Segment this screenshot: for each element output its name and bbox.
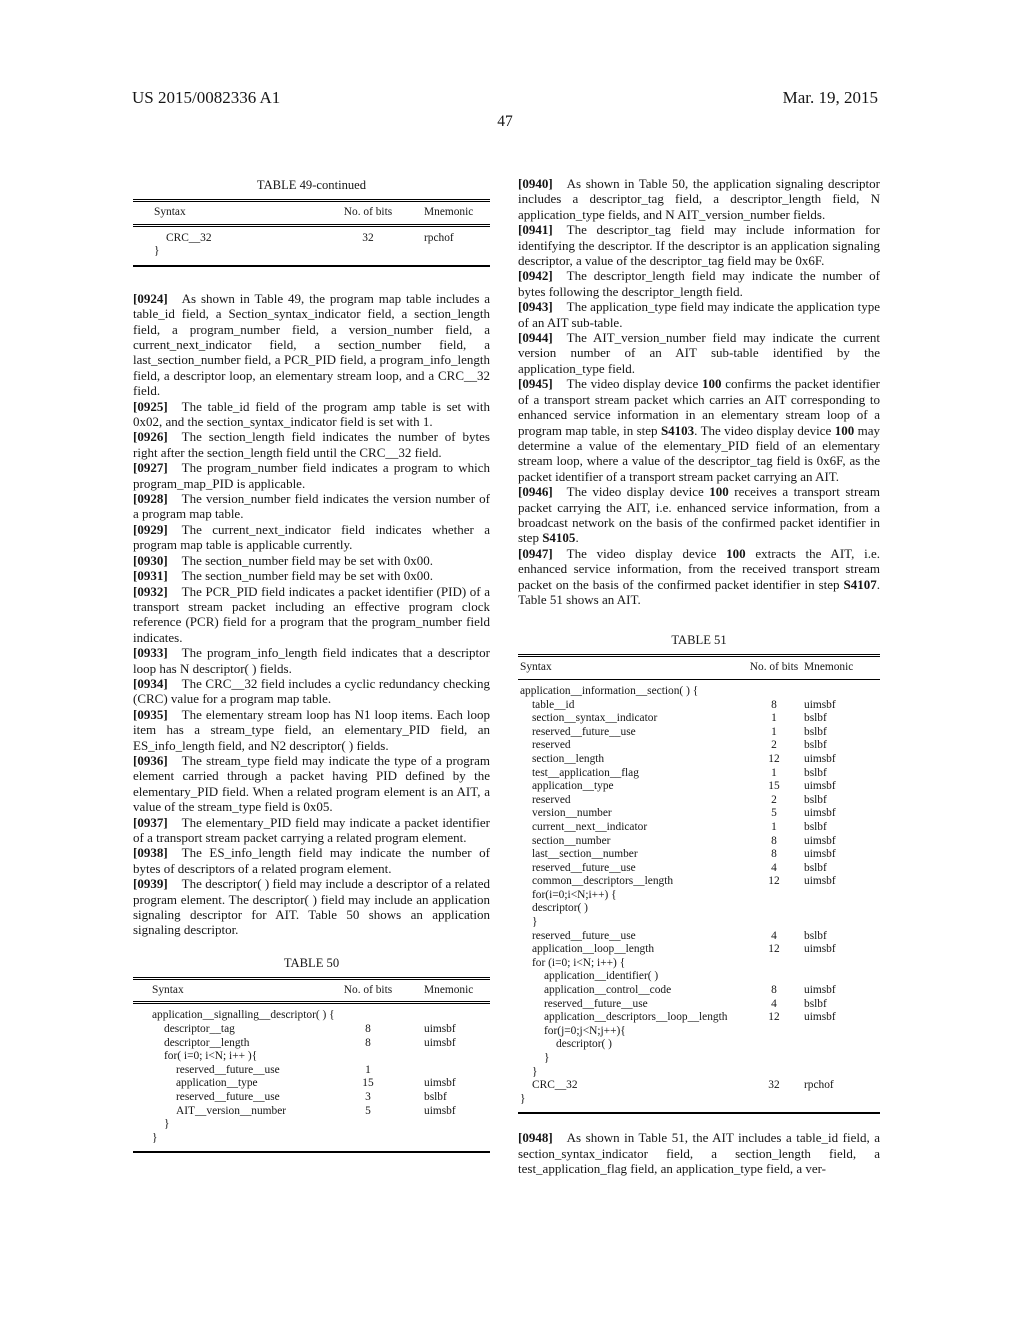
- mnemonic-cell: uimsbf: [804, 699, 880, 713]
- paragraph-text: The section_number field may be set with…: [182, 568, 433, 583]
- paragraph-text: The elementary stream loop has N1 loop i…: [133, 707, 490, 753]
- mnemonic-cell: uimsbf: [804, 943, 880, 957]
- paragraph-text: As shown in Table 50, the application si…: [518, 176, 880, 222]
- syntax-cell: reserved__future__use: [133, 1064, 338, 1078]
- paragraph-text: The descriptor_length field may indicate…: [518, 268, 880, 298]
- mnemonic-cell: bslbf: [804, 767, 880, 781]
- paragraph-0927: [0927]The program_number field indicates…: [133, 460, 490, 491]
- bits-cell: 5: [744, 807, 804, 821]
- bold-reference: S4103: [661, 423, 694, 438]
- mnemonic-cell: [804, 679, 880, 698]
- mnemonic-cell: [398, 1003, 490, 1023]
- paragraph-text: The descriptor( ) field may include a de…: [133, 876, 490, 937]
- paragraph-number: [0939]: [133, 876, 168, 891]
- bits-cell: [744, 889, 804, 903]
- paragraph-0932: [0932]The PCR_PID field indicates a pack…: [133, 584, 490, 646]
- column-header-mnemonic: Mnemonic: [398, 201, 490, 226]
- bits-cell: [744, 916, 804, 930]
- syntax-cell: reserved__future__use: [518, 998, 744, 1012]
- paragraph-text: The program_number field indicates a pro…: [133, 460, 490, 490]
- mnemonic-cell: [804, 889, 880, 903]
- paragraph-0928: [0928]The version_number field indicates…: [133, 491, 490, 522]
- bits-cell: 8: [744, 984, 804, 998]
- syntax-cell: }: [518, 1052, 744, 1066]
- paragraph-number: [0946]: [518, 484, 553, 499]
- bits-cell: 8: [338, 1023, 398, 1037]
- paragraph-number: [0943]: [518, 299, 553, 314]
- bold-reference: S4107: [844, 577, 877, 592]
- syntax-cell: descriptor__length: [133, 1037, 338, 1051]
- paragraph-0926: [0926]The section_length field indicates…: [133, 429, 490, 460]
- paragraph-number: [0938]: [133, 845, 168, 860]
- table-row: CRC__3232rpchof: [133, 225, 490, 245]
- paragraph-text: The section_length field indicates the n…: [133, 429, 490, 459]
- paragraph-number: [0942]: [518, 268, 553, 283]
- table-row: }: [518, 1093, 880, 1114]
- paragraph-0935: [0935]The elementary stream loop has N1 …: [133, 707, 490, 753]
- page-number: 47: [132, 112, 878, 132]
- mnemonic-cell: [804, 1038, 880, 1052]
- bits-cell: 15: [338, 1077, 398, 1091]
- table-row: application__identifier( ): [518, 970, 880, 984]
- paragraph-text: The CRC__32 field includes a cyclic redu…: [133, 676, 490, 706]
- bits-cell: [338, 1118, 398, 1132]
- paragraph-number: [0941]: [518, 222, 553, 237]
- paragraph-0933: [0933]The program_info_length field indi…: [133, 645, 490, 676]
- bits-cell: [338, 245, 398, 266]
- table-row: reserved__future__use4bslbf: [518, 998, 880, 1012]
- table-row: reserved__future__use1bslbf: [518, 726, 880, 740]
- page-header: US 2015/0082336 A1 Mar. 19, 2015: [132, 88, 878, 108]
- paragraph-number: [0924]: [133, 291, 168, 306]
- syntax-cell: }: [518, 1093, 744, 1114]
- syntax-cell: for(j=0;j<N;j++){: [518, 1025, 744, 1039]
- mnemonic-cell: [804, 916, 880, 930]
- paragraph-text: .: [575, 530, 578, 545]
- syntax-cell: reserved: [518, 739, 744, 753]
- table-header-row: SyntaxNo. of bitsMnemonic: [133, 978, 490, 1003]
- table-row: reserved2bslbf: [518, 794, 880, 808]
- paragraph-0946: [0946]The video display device 100 recei…: [518, 484, 880, 546]
- table-row: application__signalling__descriptor( ) {: [133, 1003, 490, 1023]
- syntax-cell: section__number: [518, 835, 744, 849]
- table-row: for(j=0;j<N;j++){: [518, 1025, 880, 1039]
- paragraph-0937: [0937]The elementary_PID field may indic…: [133, 815, 490, 846]
- bits-cell: 2: [744, 794, 804, 808]
- bits-cell: [338, 1132, 398, 1153]
- paragraph-number: [0944]: [518, 330, 553, 345]
- mnemonic-cell: bslbf: [804, 794, 880, 808]
- syntax-cell: descriptor( ): [518, 902, 744, 916]
- left-column-paragraphs: [0924]As shown in Table 49, the program …: [133, 291, 490, 938]
- paragraph-number: [0937]: [133, 815, 168, 830]
- paragraph-text: The stream_type field may indicate the t…: [133, 753, 490, 814]
- paragraph-number: [0926]: [133, 429, 168, 444]
- mnemonic-cell: uimsbf: [804, 1011, 880, 1025]
- syntax-cell: reserved__future__use: [518, 862, 744, 876]
- mnemonic-cell: rpchof: [398, 225, 490, 245]
- table-row: }: [518, 1066, 880, 1080]
- paragraph-text: The current_next_indicator field indicat…: [133, 522, 490, 552]
- syntax-cell: reserved: [518, 794, 744, 808]
- paragraph-0934: [0934]The CRC__32 field includes a cycli…: [133, 676, 490, 707]
- paragraph-number: [0934]: [133, 676, 168, 691]
- paragraph-0947: [0947]The video display device 100 extra…: [518, 546, 880, 608]
- mnemonic-cell: [398, 1050, 490, 1064]
- syntax-cell: reserved__future__use: [518, 930, 744, 944]
- mnemonic-cell: bslbf: [398, 1091, 490, 1105]
- table-title: TABLE 49-continued: [133, 178, 490, 193]
- bold-reference: 100: [835, 423, 855, 438]
- table-row: reserved__future__use4bslbf: [518, 862, 880, 876]
- paragraph-0943: [0943]The application_type field may ind…: [518, 299, 880, 330]
- syntax-cell: application__loop__length: [518, 943, 744, 957]
- mnemonic-cell: uimsbf: [398, 1023, 490, 1037]
- syntax-cell: for (i=0; i<N; i++) {: [518, 957, 744, 971]
- mnemonic-cell: [804, 1093, 880, 1114]
- paragraph-0945: [0945]The video display device 100 confi…: [518, 376, 880, 484]
- bits-cell: 8: [744, 848, 804, 862]
- bits-cell: 12: [744, 875, 804, 889]
- paragraph-text: The ES_info_length field may indicate th…: [133, 845, 490, 875]
- syntax-cell: }: [518, 1066, 744, 1080]
- mnemonic-cell: uimsbf: [398, 1077, 490, 1091]
- table-row: section__number8uimsbf: [518, 835, 880, 849]
- mnemonic-cell: bslbf: [804, 930, 880, 944]
- syntax-cell: }: [133, 1132, 338, 1153]
- bits-cell: [744, 679, 804, 698]
- syntax-cell: }: [518, 916, 744, 930]
- paragraph-0930: [0930]The section_number field may be se…: [133, 553, 490, 568]
- paragraph-text: The section_number field may be set with…: [182, 553, 433, 568]
- table-row: CRC__3232rpchof: [518, 1079, 880, 1093]
- table-row: }: [133, 1132, 490, 1153]
- paragraph-number: [0925]: [133, 399, 168, 414]
- paragraph-0944: [0944]The AIT_version_number field may i…: [518, 330, 880, 376]
- table-row: descriptor__tag8uimsbf: [133, 1023, 490, 1037]
- bits-cell: 1: [744, 821, 804, 835]
- table-row: for (i=0; i<N; i++) {: [518, 957, 880, 971]
- mnemonic-cell: [804, 970, 880, 984]
- table-row: version__number5uimsbf: [518, 807, 880, 821]
- paragraph-text: The version_number field indicates the v…: [133, 491, 490, 521]
- column-header-no-of-bits: No. of bits: [744, 656, 804, 680]
- mnemonic-cell: [398, 1132, 490, 1153]
- publication-date: Mar. 19, 2015: [783, 88, 878, 108]
- patent-table: SyntaxNo. of bitsMnemonicapplication__si…: [133, 977, 490, 1154]
- bits-cell: 8: [744, 835, 804, 849]
- table-header-row: SyntaxNo. of bitsMnemonic: [518, 656, 880, 680]
- column-header-mnemonic: Mnemonic: [804, 656, 880, 680]
- bits-cell: [744, 902, 804, 916]
- table-row: }: [518, 1052, 880, 1066]
- mnemonic-cell: bslbf: [804, 726, 880, 740]
- column-header-syntax: Syntax: [133, 978, 338, 1003]
- table-row: last__section__number8uimsbf: [518, 848, 880, 862]
- bold-reference: 100: [702, 376, 722, 391]
- syntax-cell: table__id: [518, 699, 744, 713]
- paragraph-0939: [0939]The descriptor( ) field may includ…: [133, 876, 490, 938]
- syntax-cell: test__application__flag: [518, 767, 744, 781]
- bold-reference: S4105: [542, 530, 575, 545]
- mnemonic-cell: uimsbf: [398, 1105, 490, 1119]
- table-row: section__syntax__indicator1bslbf: [518, 712, 880, 726]
- column-header-syntax: Syntax: [133, 201, 338, 226]
- patent-table: SyntaxNo. of bitsMnemonicapplication__in…: [518, 654, 880, 1114]
- mnemonic-cell: bslbf: [804, 821, 880, 835]
- table-row: current__next__indicator1bslbf: [518, 821, 880, 835]
- bits-cell: [744, 970, 804, 984]
- table-row: }: [518, 916, 880, 930]
- bits-cell: [744, 1025, 804, 1039]
- bits-cell: 4: [744, 862, 804, 876]
- right-column-paragraphs-after-table: [0948]As shown in Table 51, the AIT incl…: [518, 1130, 880, 1176]
- syntax-cell: last__section__number: [518, 848, 744, 862]
- table-49-continued-section: TABLE 49-continuedSyntaxNo. of bitsMnemo…: [133, 178, 490, 267]
- bold-reference: 100: [726, 546, 746, 561]
- paragraph-number: [0940]: [518, 176, 553, 191]
- paragraph-text: . The video display device: [694, 423, 835, 438]
- table-row: application__type15uimsbf: [518, 780, 880, 794]
- syntax-cell: application__descriptors__loop__length: [518, 1011, 744, 1025]
- paragraph-0940: [0940]As shown in Table 50, the applicat…: [518, 176, 880, 222]
- bits-cell: 12: [744, 1011, 804, 1025]
- paragraph-number: [0927]: [133, 460, 168, 475]
- bits-cell: 1: [338, 1064, 398, 1078]
- table-row: descriptor__length8uimsbf: [133, 1037, 490, 1051]
- syntax-cell: }: [133, 245, 338, 266]
- column-header-no-of-bits: No. of bits: [338, 978, 398, 1003]
- table-row: reserved__future__use4bslbf: [518, 930, 880, 944]
- mnemonic-cell: [804, 902, 880, 916]
- mnemonic-cell: [804, 1066, 880, 1080]
- table-row: for( i=0; i<N; i++ ){: [133, 1050, 490, 1064]
- right-column: [0940]As shown in Table 50, the applicat…: [518, 176, 880, 1177]
- syntax-cell: application__type: [133, 1077, 338, 1091]
- mnemonic-cell: uimsbf: [804, 984, 880, 998]
- paragraph-0941: [0941]The descriptor_tag field may inclu…: [518, 222, 880, 268]
- syntax-cell: application__identifier( ): [518, 970, 744, 984]
- table-51-section: TABLE 51SyntaxNo. of bitsMnemonicapplica…: [518, 633, 880, 1114]
- column-header-syntax: Syntax: [518, 656, 744, 680]
- table-row: reserved__future__use3bslbf: [133, 1091, 490, 1105]
- paragraph-0942: [0942]The descriptor_length field may in…: [518, 268, 880, 299]
- mnemonic-cell: uimsbf: [804, 848, 880, 862]
- syntax-cell: for(i=0;i<N;i++) {: [518, 889, 744, 903]
- mnemonic-cell: bslbf: [804, 862, 880, 876]
- paragraph-number: [0928]: [133, 491, 168, 506]
- mnemonic-cell: bslbf: [804, 739, 880, 753]
- syntax-cell: for( i=0; i<N; i++ ){: [133, 1050, 338, 1064]
- paragraph-text: The video display device: [567, 376, 702, 391]
- column-header-no-of-bits: No. of bits: [338, 201, 398, 226]
- paragraph-0925: [0925]The table_id field of the program …: [133, 399, 490, 430]
- paragraph-0948: [0948]As shown in Table 51, the AIT incl…: [518, 1130, 880, 1176]
- mnemonic-cell: [398, 1064, 490, 1078]
- paragraph-0924: [0924]As shown in Table 49, the program …: [133, 291, 490, 399]
- table-row: application__control__code8uimsbf: [518, 984, 880, 998]
- mnemonic-cell: [398, 245, 490, 266]
- bits-cell: 4: [744, 930, 804, 944]
- syntax-cell: CRC__32: [518, 1079, 744, 1093]
- bits-cell: 3: [338, 1091, 398, 1105]
- paragraph-number: [0948]: [518, 1130, 553, 1145]
- bits-cell: 12: [744, 753, 804, 767]
- table-block: TABLE 50SyntaxNo. of bitsMnemonicapplica…: [133, 956, 490, 1154]
- table-row: }: [133, 1118, 490, 1132]
- syntax-cell: application__control__code: [518, 984, 744, 998]
- paragraph-number: [0945]: [518, 376, 553, 391]
- patent-page: US 2015/0082336 A1 Mar. 19, 2015 47 TABL…: [0, 0, 1024, 1320]
- table-header-row: SyntaxNo. of bitsMnemonic: [133, 201, 490, 226]
- paragraph-number: [0929]: [133, 522, 168, 537]
- syntax-cell: application__information__section( ) {: [518, 679, 744, 698]
- mnemonic-cell: [804, 957, 880, 971]
- paragraph-text: The table_id field of the program amp ta…: [133, 399, 490, 429]
- bits-cell: 1: [744, 726, 804, 740]
- bits-cell: 1: [744, 767, 804, 781]
- syntax-cell: current__next__indicator: [518, 821, 744, 835]
- bits-cell: [338, 1003, 398, 1023]
- paragraph-number: [0930]: [133, 553, 168, 568]
- bits-cell: [338, 1050, 398, 1064]
- bits-cell: 32: [744, 1079, 804, 1093]
- table-row: section__length12uimsbf: [518, 753, 880, 767]
- paragraph-text: The program_info_length field indicates …: [133, 645, 490, 675]
- table-row: common__descriptors__length12uimsbf: [518, 875, 880, 889]
- bits-cell: 4: [744, 998, 804, 1012]
- publication-number: US 2015/0082336 A1: [132, 88, 280, 108]
- syntax-cell: section__syntax__indicator: [518, 712, 744, 726]
- mnemonic-cell: [804, 1052, 880, 1066]
- bits-cell: [744, 1093, 804, 1114]
- paragraph-0936: [0936]The stream_type field may indicate…: [133, 753, 490, 815]
- paragraph-text: The AIT_version_number field may indicat…: [518, 330, 880, 376]
- left-column: TABLE 49-continuedSyntaxNo. of bitsMnemo…: [133, 178, 490, 1153]
- syntax-cell: reserved__future__use: [518, 726, 744, 740]
- table-row: AIT__version__number5uimsbf: [133, 1105, 490, 1119]
- paragraph-text: As shown in Table 51, the AIT includes a…: [518, 1130, 880, 1176]
- bits-cell: 1: [744, 712, 804, 726]
- table-block: TABLE 49-continuedSyntaxNo. of bitsMnemo…: [133, 178, 490, 267]
- paragraph-text: The PCR_PID field indicates a packet ide…: [133, 584, 490, 645]
- syntax-cell: reserved__future__use: [133, 1091, 338, 1105]
- bits-cell: [744, 1038, 804, 1052]
- table-row: table__id8uimsbf: [518, 699, 880, 713]
- table-row: application__information__section( ) {: [518, 679, 880, 698]
- mnemonic-cell: [398, 1118, 490, 1132]
- bits-cell: [744, 1066, 804, 1080]
- bits-cell: 8: [744, 699, 804, 713]
- syntax-cell: CRC__32: [133, 225, 338, 245]
- syntax-cell: }: [133, 1118, 338, 1132]
- paragraph-number: [0931]: [133, 568, 168, 583]
- bits-cell: 32: [338, 225, 398, 245]
- bits-cell: 12: [744, 943, 804, 957]
- table-block: TABLE 51SyntaxNo. of bitsMnemonicapplica…: [518, 633, 880, 1114]
- syntax-cell: descriptor__tag: [133, 1023, 338, 1037]
- syntax-cell: application__type: [518, 780, 744, 794]
- syntax-cell: AIT__version__number: [133, 1105, 338, 1119]
- syntax-cell: descriptor( ): [518, 1038, 744, 1052]
- table-row: }: [133, 245, 490, 266]
- table-row: descriptor( ): [518, 902, 880, 916]
- paragraph-0929: [0929]The current_next_indicator field i…: [133, 522, 490, 553]
- syntax-cell: application__signalling__descriptor( ) {: [133, 1003, 338, 1023]
- syntax-cell: section__length: [518, 753, 744, 767]
- mnemonic-cell: uimsbf: [804, 807, 880, 821]
- table-row: application__descriptors__loop__length12…: [518, 1011, 880, 1025]
- mnemonic-cell: [804, 1025, 880, 1039]
- table-row: test__application__flag1bslbf: [518, 767, 880, 781]
- syntax-cell: version__number: [518, 807, 744, 821]
- bits-cell: [744, 957, 804, 971]
- patent-table: SyntaxNo. of bitsMnemonicCRC__3232rpchof…: [133, 199, 490, 267]
- paragraph-text: The video display device: [567, 546, 726, 561]
- syntax-cell: common__descriptors__length: [518, 875, 744, 889]
- paragraph-0931: [0931]The section_number field may be se…: [133, 568, 490, 583]
- mnemonic-cell: uimsbf: [804, 875, 880, 889]
- mnemonic-cell: rpchof: [804, 1079, 880, 1093]
- paragraph-text: As shown in Table 49, the program map ta…: [133, 291, 490, 398]
- paragraph-text: The descriptor_tag field may include inf…: [518, 222, 880, 268]
- bits-cell: 8: [338, 1037, 398, 1051]
- bits-cell: [744, 1052, 804, 1066]
- table-title: TABLE 50: [133, 956, 490, 971]
- mnemonic-cell: bslbf: [804, 998, 880, 1012]
- paragraph-number: [0936]: [133, 753, 168, 768]
- table-row: application__type15uimsbf: [133, 1077, 490, 1091]
- table-title: TABLE 51: [518, 633, 880, 648]
- paragraph-number: [0932]: [133, 584, 168, 599]
- paragraph-text: The application_type field may indicate …: [518, 299, 880, 329]
- paragraph-number: [0933]: [133, 645, 168, 660]
- paragraph-0938: [0938]The ES_info_length field may indic…: [133, 845, 490, 876]
- paragraph-number: [0935]: [133, 707, 168, 722]
- table-row: application__loop__length12uimsbf: [518, 943, 880, 957]
- bits-cell: 15: [744, 780, 804, 794]
- table-row: reserved__future__use1: [133, 1064, 490, 1078]
- mnemonic-cell: uimsbf: [398, 1037, 490, 1051]
- paragraph-text: The elementary_PID field may indicate a …: [133, 815, 490, 845]
- paragraph-number: [0947]: [518, 546, 553, 561]
- bold-reference: 100: [709, 484, 729, 499]
- mnemonic-cell: uimsbf: [804, 835, 880, 849]
- bits-cell: 5: [338, 1105, 398, 1119]
- right-column-paragraphs: [0940]As shown in Table 50, the applicat…: [518, 176, 880, 607]
- table-row: descriptor( ): [518, 1038, 880, 1052]
- table-50-section: TABLE 50SyntaxNo. of bitsMnemonicapplica…: [133, 956, 490, 1154]
- paragraph-text: The video display device: [567, 484, 710, 499]
- bits-cell: 2: [744, 739, 804, 753]
- mnemonic-cell: uimsbf: [804, 753, 880, 767]
- table-row: for(i=0;i<N;i++) {: [518, 889, 880, 903]
- mnemonic-cell: uimsbf: [804, 780, 880, 794]
- column-header-mnemonic: Mnemonic: [398, 978, 490, 1003]
- mnemonic-cell: bslbf: [804, 712, 880, 726]
- table-row: reserved2bslbf: [518, 739, 880, 753]
